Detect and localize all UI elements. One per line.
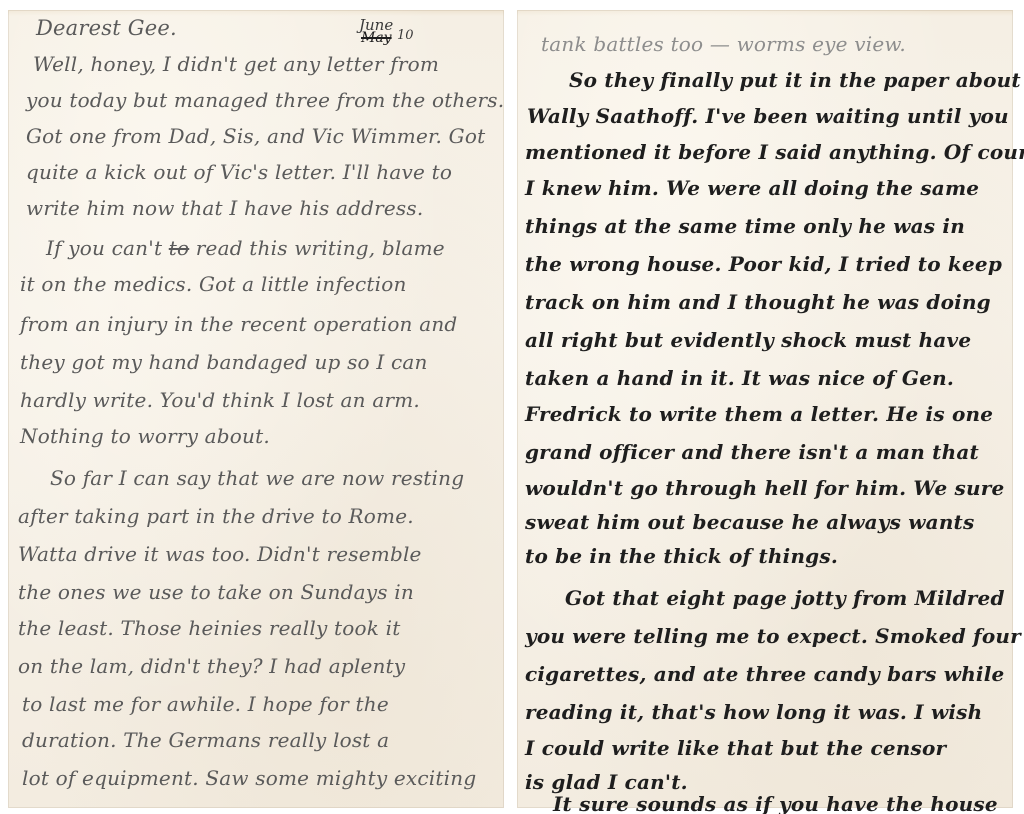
letter-line: duration. The Germans really lost a — [22, 728, 504, 752]
letter-line: I knew him. We were all doing the same — [525, 176, 1013, 200]
letter-page-right: tank battles too — worms eye view. So th… — [517, 10, 1013, 808]
letter-line: things at the same time only he was in — [525, 214, 1013, 238]
letter-line: So they finally put it in the paper abou… — [569, 68, 1013, 92]
salutation: Dearest Gee. — [36, 16, 504, 40]
letter-line: Nothing to worry about. — [20, 424, 504, 448]
letter-line: mentioned it before I said anything. Of … — [525, 140, 1013, 164]
letter-line: the least. Those heinies really took it — [18, 616, 504, 640]
letter-line: after taking part in the drive to Rome. — [18, 504, 504, 528]
letter-line: to last me for awhile. I hope for the — [22, 692, 504, 716]
letter-line: the ones we use to take on Sundays in — [18, 580, 504, 604]
struck-word: to — [169, 236, 189, 260]
letter-line: taken a hand in it. It was nice of Gen. — [525, 366, 1013, 390]
letter-line: Wally Saathoff. I've been waiting until … — [527, 104, 1013, 128]
letter-line: So far I can say that we are now resting — [50, 466, 504, 490]
letter-line: on the lam, didn't they? I had aplenty — [18, 654, 504, 678]
letter-line: Well, honey, I didn't get any letter fro… — [33, 52, 504, 76]
letter-line: It sure sounds as if you have the house — [553, 792, 1013, 814]
letter-line-with-strike: If you can't to read this writing, blame — [46, 236, 504, 260]
letter-line: lot of equipment. Saw some mighty exciti… — [22, 766, 504, 790]
letter-line: the wrong house. Poor kid, I tried to ke… — [525, 252, 1013, 276]
letter-page-left: June May 10 Dearest Gee. Well, honey, I … — [8, 10, 504, 808]
letter-line: I could write like that but the censor — [525, 736, 1013, 760]
letter-line: Watta drive it was too. Didn't resemble — [18, 542, 504, 566]
letter-line: write him now that I have his address. — [26, 196, 504, 220]
letter-line: it on the medics. Got a little infection — [20, 272, 504, 296]
letter-line: Got one from Dad, Sis, and Vic Wimmer. G… — [26, 124, 504, 148]
letter-line: from an injury in the recent operation a… — [20, 312, 504, 336]
letter-line: you were telling me to expect. Smoked fo… — [525, 624, 1013, 648]
letter-line: you today but managed three from the oth… — [26, 88, 504, 112]
letter-line: all right but evidently shock must have — [525, 328, 1013, 352]
letter-line: track on him and I thought he was doing — [525, 290, 1013, 314]
letter-line: is glad I can't. — [525, 770, 1013, 794]
letter-line: Got that eight page jotty from Mildred — [565, 586, 1013, 610]
letter-line: they got my hand bandaged up so I can — [20, 350, 504, 374]
letter-line: wouldn't go through hell for him. We sur… — [525, 476, 1013, 500]
letter-line: tank battles too — worms eye view. — [541, 32, 1013, 56]
letter-line: grand officer and there isn't a man that — [525, 440, 1013, 464]
letter-line: reading it, that's how long it was. I wi… — [525, 700, 1013, 724]
letter-line: to be in the thick of things. — [525, 544, 1013, 568]
letter-line: cigarettes, and ate three candy bars whi… — [525, 662, 1013, 686]
letter-line: sweat him out because he always wants — [525, 510, 1013, 534]
letter-line: Fredrick to write them a letter. He is o… — [525, 402, 1013, 426]
letter-line-part: If you can't — [46, 236, 162, 260]
letter-line: hardly write. You'd think I lost an arm. — [20, 388, 504, 412]
letter-line-part: read this writing, blame — [196, 236, 445, 260]
letter-line: quite a kick out of Vic's letter. I'll h… — [26, 160, 504, 184]
